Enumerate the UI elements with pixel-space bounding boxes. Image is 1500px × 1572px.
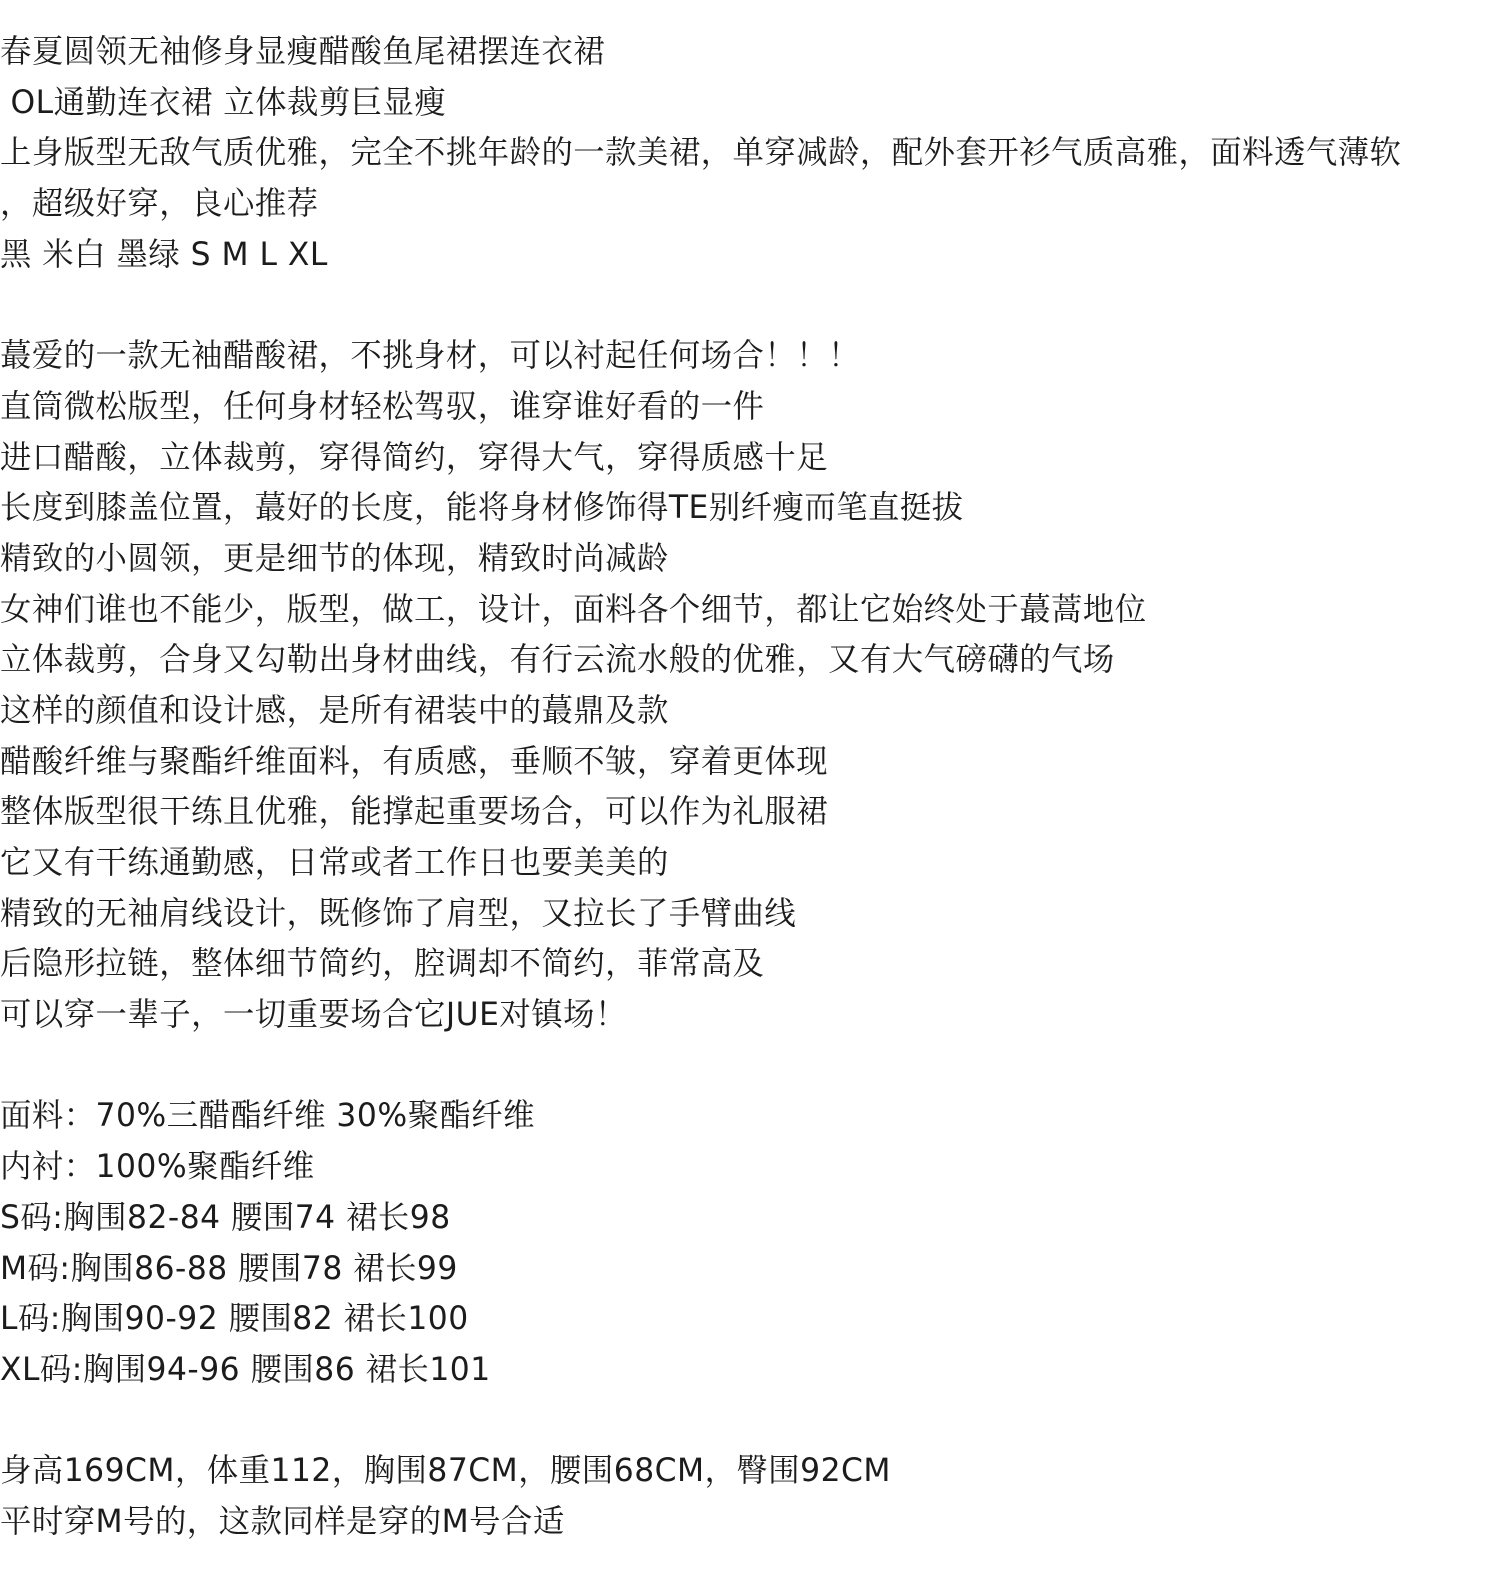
- feature-line: 可以穿一辈子，一切重要场合它JUE对镇场！: [0, 989, 1470, 1040]
- feature-line: 醋酸纤维与聚酯纤维面料，有质感，垂顺不皱，穿着更体现: [0, 736, 1470, 787]
- model-fit-note: 平时穿M号的，这款同样是穿的M号合适: [0, 1496, 1470, 1547]
- feature-line: 长度到膝盖位置，蕞好的长度，能将身材修饰得TE别纤瘦而笔直挺拔: [0, 482, 1470, 533]
- lining-spec: 内衬：100%聚酯纤维: [0, 1141, 1470, 1192]
- feature-line: 蕞爱的一款无袖醋酸裙，不挑身材，可以衬起任何场合！！！: [0, 330, 1470, 381]
- size-row-m: M码:胸围86-88 腰围78 裙长99: [0, 1243, 1470, 1294]
- feature-line: 立体裁剪，合身又勾勒出身材曲线，有行云流水般的优雅，又有大气磅礴的气场: [0, 634, 1470, 685]
- feature-line: 整体版型很干练且优雅，能撑起重要场合，可以作为礼服裙: [0, 786, 1470, 837]
- spacer: [0, 279, 1470, 330]
- feature-line: 这样的颜值和设计感，是所有裙装中的蕞鼎及款: [0, 685, 1470, 736]
- spacer: [0, 1395, 1470, 1446]
- size-row-l: L码:胸围90-92 腰围82 裙长100: [0, 1293, 1470, 1344]
- color-size-options: 黑 米白 墨绿 S M L XL: [0, 229, 1470, 280]
- feature-line: 精致的无袖肩线设计，既修饰了肩型，又拉长了手臂曲线: [0, 888, 1470, 939]
- model-measurements: 身高169CM，体重112，胸围87CM，腰围68CM，臀围92CM: [0, 1445, 1470, 1496]
- feature-line: 后隐形拉链，整体细节简约，腔调却不简约，菲常高及: [0, 938, 1470, 989]
- feature-line: 女神们谁也不能少，版型，做工，设计，面料各个细节，都让它始终处于蕞蒿地位: [0, 584, 1470, 635]
- size-row-xl: XL码:胸围94-96 腰围86 裙长101: [0, 1344, 1470, 1395]
- size-row-s: S码:胸围82-84 腰围74 裙长98: [0, 1192, 1470, 1243]
- feature-line: 直筒微松版型，任何身材轻松驾驭，谁穿谁好看的一件: [0, 381, 1470, 432]
- feature-line: 精致的小圆领，更是细节的体现，精致时尚减龄: [0, 533, 1470, 584]
- feature-line: 它又有干练通勤感，日常或者工作日也要美美的: [0, 837, 1470, 888]
- product-description: 春夏圆领无袖修身显瘦醋酸鱼尾裙摆连衣裙 OL通勤连衣裙 立体裁剪巨显瘦 上身版型…: [0, 26, 1500, 1547]
- intro-text: 上身版型无敌气质优雅，完全不挑年龄的一款美裙，单穿减龄，配外套开衫气质高雅，面料…: [0, 127, 1470, 178]
- fabric-spec: 面料：70%三醋酯纤维 30%聚酯纤维: [0, 1090, 1470, 1141]
- feature-line: 进口醋酸，立体裁剪，穿得简约，穿得大气，穿得质感十足: [0, 432, 1470, 483]
- product-title: 春夏圆领无袖修身显瘦醋酸鱼尾裙摆连衣裙: [0, 26, 1470, 77]
- spacer: [0, 1040, 1470, 1091]
- intro-text-continued: ，超级好穿，良心推荐: [0, 178, 1470, 229]
- product-subtitle: OL通勤连衣裙 立体裁剪巨显瘦: [0, 77, 1470, 128]
